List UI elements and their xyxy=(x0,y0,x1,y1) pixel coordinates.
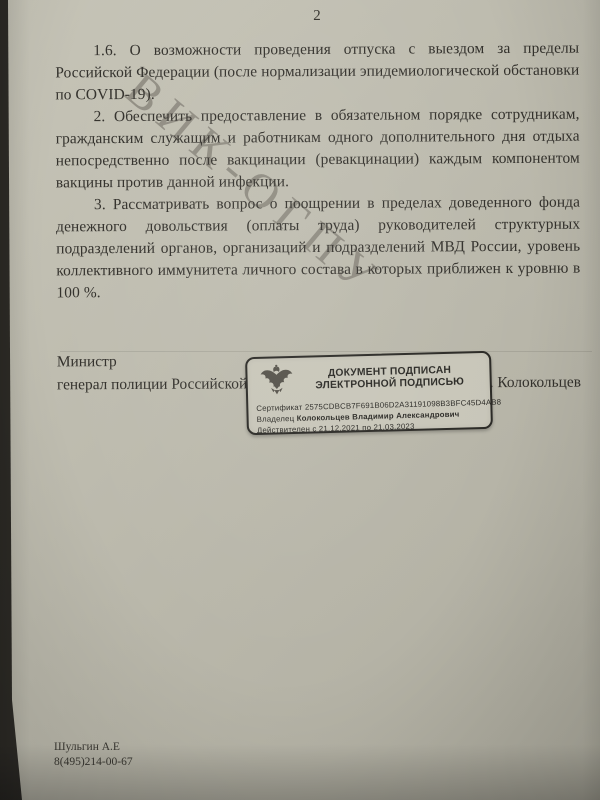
paper-crease xyxy=(60,351,592,352)
paragraph-2: 2. Обеспечить предоставление в обязатель… xyxy=(56,104,580,195)
paragraph-3: 3. Рассматривать вопрос о поощрении в пр… xyxy=(56,192,581,305)
executor-name: Шульгин А.Е xyxy=(54,740,133,755)
certificate-label: Сертификат xyxy=(256,403,302,413)
document-content: 2 1.6. О возможности проведения отпуска … xyxy=(55,5,581,397)
executor-phone: 8(495)214-00-67 xyxy=(54,755,133,770)
stamp-details: Сертификат 2575CDBCB7F691B06D2A31191098B… xyxy=(256,397,483,436)
signer-name: В. Колокольцев xyxy=(479,371,581,395)
electronic-signature-stamp: ДОКУМЕНТ ПОДПИСАН ЭЛЕКТРОННОЙ ПОДПИСЬЮ С… xyxy=(245,351,493,435)
paragraph-1-6: 1.6. О возможности проведения отпуска с … xyxy=(55,38,579,107)
stamp-title: ДОКУМЕНТ ПОДПИСАН ЭЛЕКТРОННОЙ ПОДПИСЬЮ xyxy=(297,364,482,394)
mvd-eagle-icon xyxy=(255,363,298,400)
executor-footer: Шульгин А.Е 8(495)214-00-67 xyxy=(54,740,133,770)
owner-label: Владелец xyxy=(257,414,295,424)
stamp-header: ДОКУМЕНТ ПОДПИСАН ЭЛЕКТРОННОЙ ПОДПИСЬЮ xyxy=(255,358,482,400)
page-number: 2 xyxy=(55,7,579,27)
document-page: ВИК-ОГПУ 2 1.6. О возможности проведения… xyxy=(0,0,600,800)
